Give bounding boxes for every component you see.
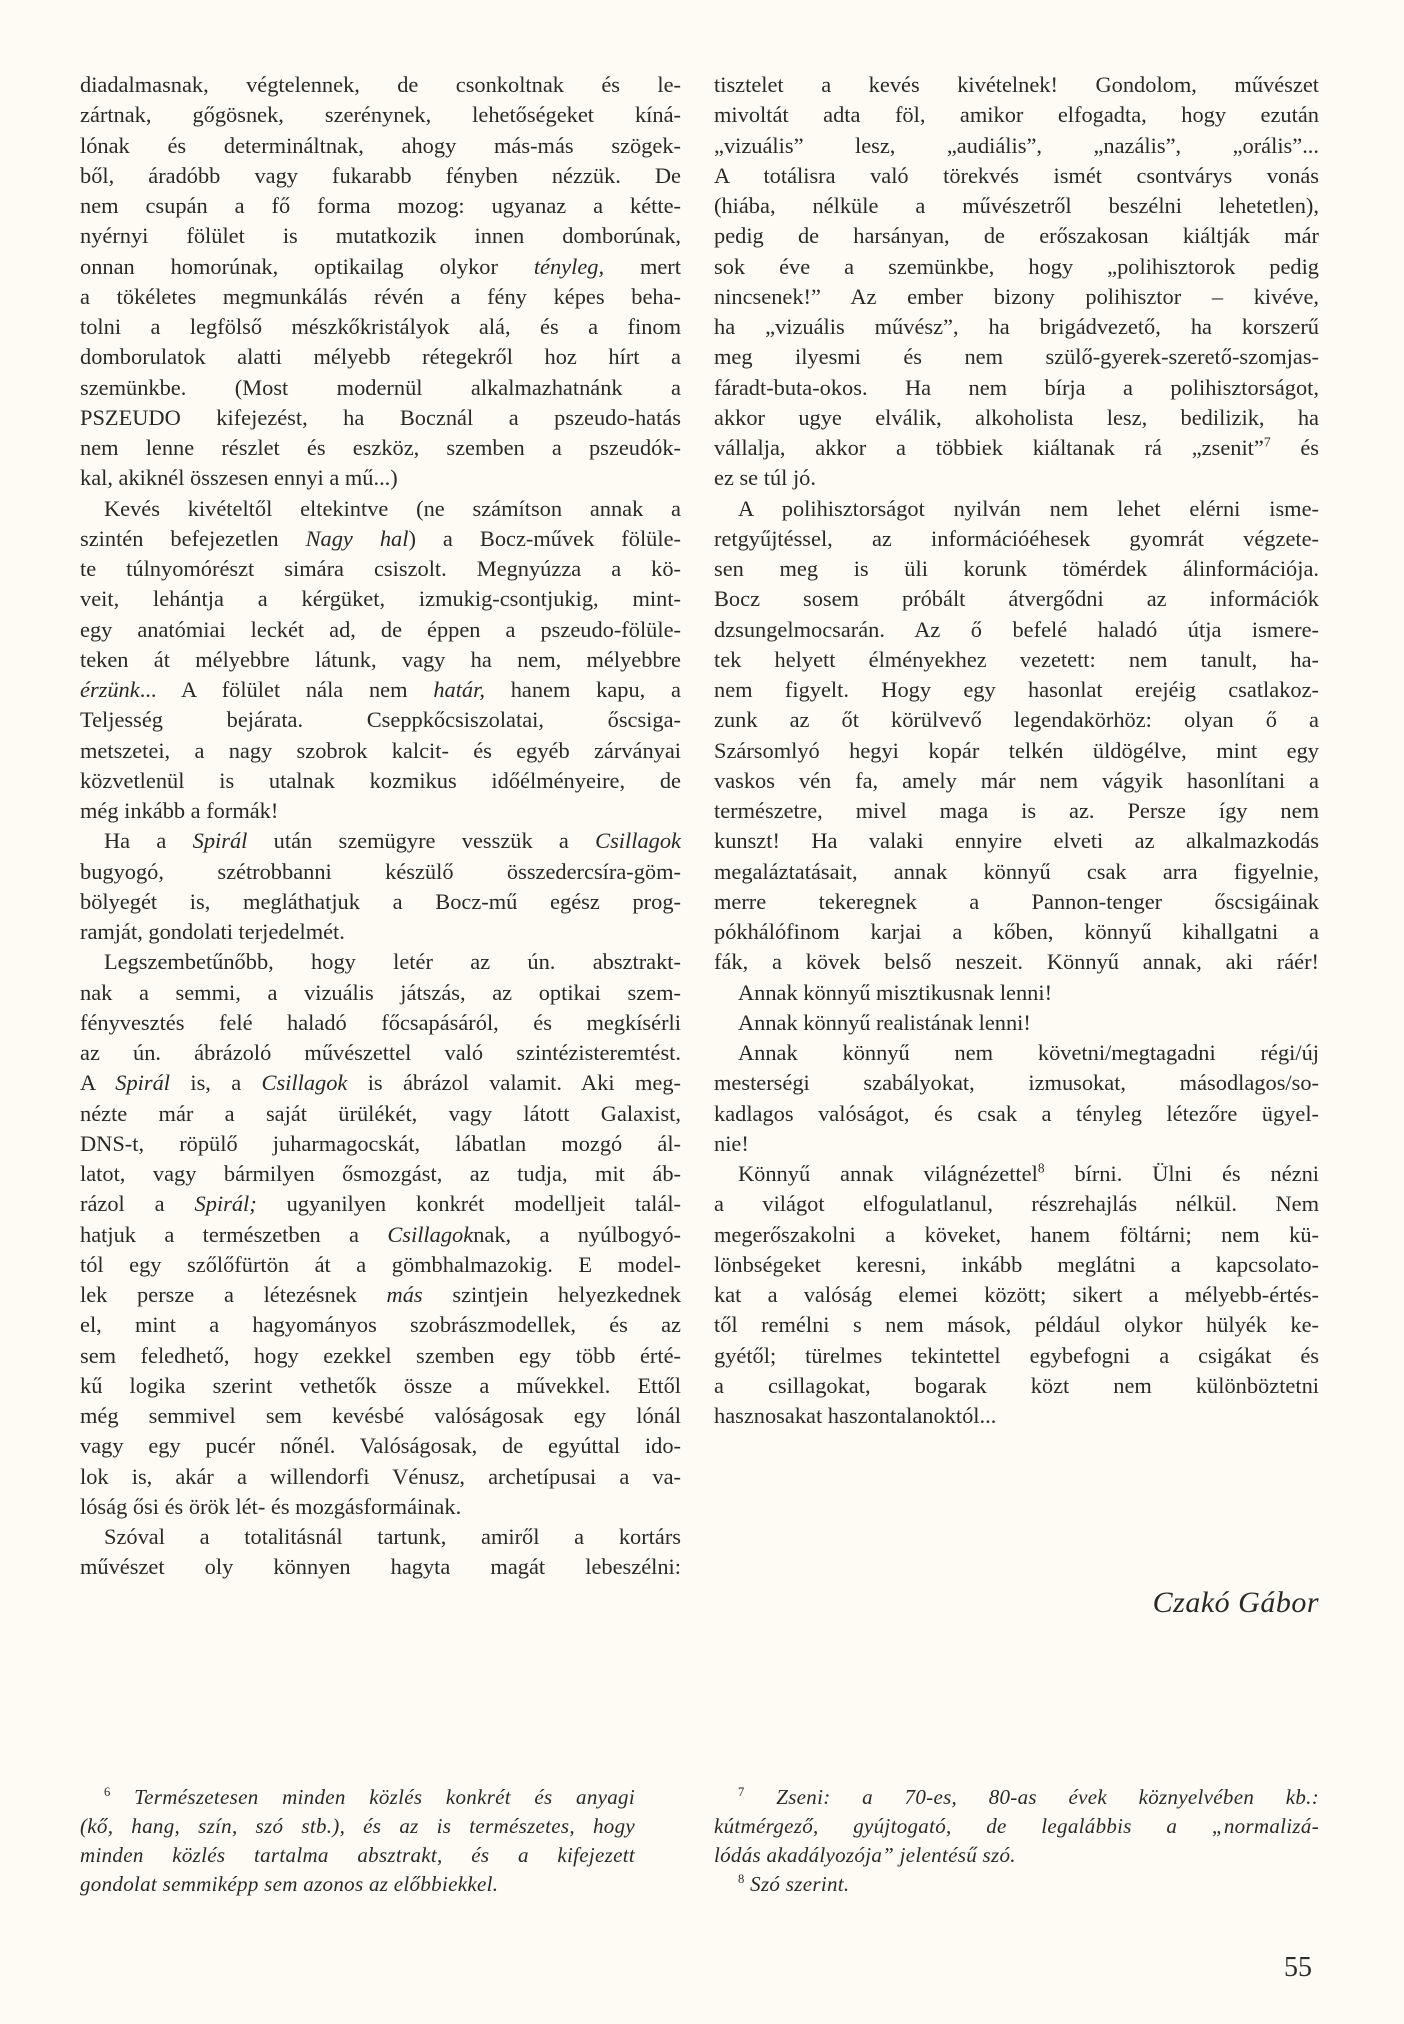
text-run: Szó szerint. bbox=[745, 1872, 850, 1896]
text-line: bugyogó, szétrobbanni készülő összedercs… bbox=[80, 857, 681, 887]
text-line: szintén befejezetlen Nagy hal) a Bocz-mű… bbox=[80, 524, 681, 554]
footnote-ref: 8 bbox=[1038, 1160, 1045, 1175]
text-line: teken át mélyebbre látunk, vagy ha nem, … bbox=[80, 645, 681, 675]
text-line: még inkább a formák! bbox=[80, 796, 681, 826]
text-line: megerőszakolni a köveket, hanem föltárni… bbox=[714, 1220, 1319, 1250]
text-line: Szóval a totalitásnál tartunk, amiről a … bbox=[80, 1522, 681, 1552]
footnote-ref: 7 bbox=[1264, 434, 1271, 449]
italic-title: Spirál bbox=[115, 1070, 170, 1095]
text-run: is ábrázol valamit. Aki meg- bbox=[347, 1070, 681, 1095]
text-run: vállalja, akkor a többiek kiáltanak rá „… bbox=[714, 435, 1264, 460]
text-line: A Spirál is, a Csillagok is ábrázol vala… bbox=[80, 1068, 681, 1098]
text-run: A bbox=[80, 1070, 115, 1095]
text-run: Zseni: a 70-es, 80-as évek köznyelvében … bbox=[745, 1785, 1319, 1809]
text-run: ... A fölület nála nem bbox=[140, 677, 434, 702]
text-line: mivoltát adta föl, amikor elfogadta, hog… bbox=[714, 100, 1319, 130]
text-run: lek persze a létezésnek bbox=[80, 1282, 387, 1307]
text-line: vaskos vén fa, amely már nem vágyik haso… bbox=[714, 766, 1319, 796]
text-line: el, mint a hagyományos szobrászmodellek,… bbox=[80, 1310, 681, 1340]
text-line: bölyegét is, megláthatjuk a Bocz-mű egés… bbox=[80, 887, 681, 917]
text-line: szemünkbe. (Most modernül alkalmazhatnán… bbox=[80, 373, 681, 403]
text-line: fáradt-buta-okos. Ha nem bírja a polihis… bbox=[714, 373, 1319, 403]
text-line: vagy egy pucér nőnél. Valóságosak, de eg… bbox=[80, 1431, 681, 1461]
footnote-line: minden közlés tartalma absztrakt, és a k… bbox=[80, 1841, 635, 1870]
journal-page: diadalmasnak, végtelennek, de csonkoltna… bbox=[0, 0, 1404, 2024]
text-line: gyétől; türelmes tekintettel egybefogni … bbox=[714, 1341, 1319, 1371]
text-line: Bocz sosem próbált átvergődni az informá… bbox=[714, 584, 1319, 614]
italic-title: tényleg, bbox=[534, 254, 604, 279]
text-line: a tökéletes megmunkálás révén a fény kép… bbox=[80, 282, 681, 312]
text-run: bírni. Ülni és nézni bbox=[1045, 1161, 1319, 1186]
text-line: tolni a legfölső mészkőkristályok alá, é… bbox=[80, 312, 681, 342]
italic-title: más bbox=[387, 1282, 423, 1307]
text-line: hasznosakat haszontalanoktól... bbox=[714, 1401, 1319, 1431]
footnote-ref: 8 bbox=[738, 1872, 745, 1886]
footnote-line: 8 Szó szerint. bbox=[714, 1870, 1319, 1899]
text-line: ramját, gondolati terjedelmét. bbox=[80, 917, 681, 947]
text-line: zártnak, gőgösnek, szerénynek, lehetőség… bbox=[80, 100, 681, 130]
text-line: fák, a kövek belső neszeit. Könnyű annak… bbox=[714, 947, 1319, 977]
text-line: kadlagos valóságot, és csak a tényleg lé… bbox=[714, 1099, 1319, 1129]
text-line: kunszt! Ha valaki ennyire elveti az alka… bbox=[714, 826, 1319, 856]
text-run: után szemügyre vesszük a bbox=[247, 828, 595, 853]
text-line: diadalmasnak, végtelennek, de csonkoltna… bbox=[80, 70, 681, 100]
italic-title: Csillagok bbox=[387, 1222, 473, 1247]
text-line: PSZEUDO kifejezést, ha Bocznál a pszeudo… bbox=[80, 403, 681, 433]
text-line: nie! bbox=[714, 1129, 1319, 1159]
text-line: lok is, akár a willendorfi Vénusz, arche… bbox=[80, 1462, 681, 1492]
text-line: pókhálófinom karjai a kőben, könnyű kiha… bbox=[714, 917, 1319, 947]
text-line: nem lenne részlet és eszköz, szemben a p… bbox=[80, 433, 681, 463]
text-line: kal, akiknél összesen ennyi a mű...) bbox=[80, 463, 681, 493]
text-line: DNS-t, röpülő juharmagocskát, lábatlan m… bbox=[80, 1129, 681, 1159]
text-line: kat a valóság elemei között; sikert a mé… bbox=[714, 1280, 1319, 1310]
page-number: 55 bbox=[1284, 1952, 1312, 1984]
text-line: természetre, mivel maga is az. Persze íg… bbox=[714, 796, 1319, 826]
author-signature: Czakó Gábor bbox=[714, 1586, 1319, 1620]
text-line: nézte már a saját ürülékét, vagy látott … bbox=[80, 1099, 681, 1129]
text-line: ha „vizuális művész”, ha brigádvezető, h… bbox=[714, 312, 1319, 342]
italic-title: Csillagok bbox=[262, 1070, 348, 1095]
text-run: Ha a bbox=[104, 828, 193, 853]
text-line: lek persze a létezésnek más szintjein he… bbox=[80, 1280, 681, 1310]
text-line: még semmivel sem kevésbé valóságosak egy… bbox=[80, 1401, 681, 1431]
text-run: mert bbox=[604, 254, 681, 279]
text-line: Ha a Spirál után szemügyre vesszük a Csi… bbox=[80, 826, 681, 856]
text-run: hanem kapu, a bbox=[485, 677, 681, 702]
text-line: nem csupán a fő forma mozog: ugyanaz a k… bbox=[80, 191, 681, 221]
text-run: hatjuk a természetben a bbox=[80, 1222, 387, 1247]
text-line: nak a semmi, a vizuális játszás, az opti… bbox=[80, 978, 681, 1008]
footnote-line: kútmérgező, gyújtogató, de legalábbis a … bbox=[714, 1812, 1319, 1841]
text-line: Legszembetűnőbb, hogy letér az ún. abszt… bbox=[80, 947, 681, 977]
text-line: meg ilyesmi és nem szülő-gyerek-szerető-… bbox=[714, 342, 1319, 372]
footnote-line: lódás akadályozója” jelentésű szó. bbox=[714, 1841, 1319, 1870]
text-line: nincsenek!” Az ember bizony polihisztor … bbox=[714, 282, 1319, 312]
text-line: megaláztatásait, annak könnyű csak arra … bbox=[714, 857, 1319, 887]
text-run: Könnyű annak világnézettel bbox=[738, 1161, 1038, 1186]
text-line: hatjuk a természetben a Csillagoknak, a … bbox=[80, 1220, 681, 1250]
italic-title: Nagy hal bbox=[306, 526, 409, 551]
text-line: ből, áradóbb vagy fukarabb fényben nézzü… bbox=[80, 161, 681, 191]
text-run: is, a bbox=[170, 1070, 262, 1095]
italic-title: Csillagok bbox=[595, 828, 681, 853]
text-line: érzünk... A fölület nála nem határ, hane… bbox=[80, 675, 681, 705]
text-line: Kevés kivételtől eltekintve (ne számítso… bbox=[80, 494, 681, 524]
text-line: tisztelet a kevés kivételnek! Gondolom, … bbox=[714, 70, 1319, 100]
text-run: szintjein helyezkednek bbox=[423, 1282, 681, 1307]
text-line: Annak könnyű realistának lenni! bbox=[714, 1008, 1319, 1038]
text-line: nyérnyi fölület is mutatkozik innen domb… bbox=[80, 221, 681, 251]
text-line: az ún. ábrázoló művészettel való szintéz… bbox=[80, 1038, 681, 1068]
text-line: Annak könnyű misztikusnak lenni! bbox=[714, 978, 1319, 1008]
text-line: Könnyű annak világnézettel8 bírni. Ülni … bbox=[714, 1159, 1319, 1189]
text-line: domborulatok alatti mélyebb rétegekről h… bbox=[80, 342, 681, 372]
text-line: a csillagokat, bogarak közt nem különböz… bbox=[714, 1371, 1319, 1401]
text-run: nak, a nyúlbogyó- bbox=[473, 1222, 681, 1247]
text-run: ) a Bocz-művek fölüle- bbox=[408, 526, 681, 551]
italic-title: érzünk bbox=[80, 677, 140, 702]
text-line: sok éve a szemünkbe, hogy „polihisztorok… bbox=[714, 252, 1319, 282]
footnotes-left: 6 Természetesen minden közlés konkrét és… bbox=[80, 1783, 635, 1899]
footnote-line: 7 Zseni: a 70-es, 80-as évek köznyelvébe… bbox=[714, 1783, 1319, 1812]
text-line: pedig de harsányan, de erőszakosan kiált… bbox=[714, 221, 1319, 251]
text-line: „vizuális” lesz, „audiális”, „nazális”, … bbox=[714, 131, 1319, 161]
text-run: és bbox=[1271, 435, 1319, 460]
text-run: szintén befejezetlen bbox=[80, 526, 306, 551]
text-line: te túlnyomórészt simára csiszolt. Megnyú… bbox=[80, 554, 681, 584]
text-line: (hiába, nélküle a művészetről beszélni l… bbox=[714, 191, 1319, 221]
text-run: ugyanilyen konkrét modelljeit talál- bbox=[257, 1191, 681, 1216]
text-line: latot, vagy bármilyen ősmozgást, az tudj… bbox=[80, 1159, 681, 1189]
footnote-line: (kő, hang, szín, szó stb.), és az is ter… bbox=[80, 1812, 635, 1841]
text-line: a világot elfogulatlanul, részrehajlás n… bbox=[714, 1189, 1319, 1219]
text-line: retgyűjtéssel, az információéhesek gyomr… bbox=[714, 524, 1319, 554]
text-line: veit, lehántja a kérgüket, izmukig-csont… bbox=[80, 584, 681, 614]
text-line: A totálisra való törekvés ismét csontvár… bbox=[714, 161, 1319, 191]
text-line: tól egy szőlőfürtön át a gömbhalmazokig.… bbox=[80, 1250, 681, 1280]
text-line: Szársomlyó hegyi kopár telkén üldögélve,… bbox=[714, 736, 1319, 766]
text-line: zunk az őt körülvevő legendakörhöz: olya… bbox=[714, 705, 1319, 735]
text-line: metszetei, a nagy szobrok kalcit- és egy… bbox=[80, 736, 681, 766]
text-run: Természetesen minden közlés konkrét és a… bbox=[111, 1785, 635, 1809]
text-line: nem figyelt. Hogy egy hasonlat erejéig c… bbox=[714, 675, 1319, 705]
footnotes-right: 7 Zseni: a 70-es, 80-as évek köznyelvébe… bbox=[714, 1783, 1319, 1899]
text-line: lönbségeket keresni, inkább meglátni a k… bbox=[714, 1250, 1319, 1280]
text-line: egy anatómiai leckét ad, de éppen a psze… bbox=[80, 615, 681, 645]
italic-title: Spirál; bbox=[195, 1191, 257, 1216]
text-line: ez se túl jó. bbox=[714, 463, 1319, 493]
text-line: dzsungelmocsarán. Az ő befelé haladó útj… bbox=[714, 615, 1319, 645]
text-line: közvetlenül is utalnak kozmikus időélmén… bbox=[80, 766, 681, 796]
text-line: A polihisztorságot nyilván nem lehet elé… bbox=[714, 494, 1319, 524]
text-line: fényvesztés felé haladó főcsapásáról, és… bbox=[80, 1008, 681, 1038]
italic-title: határ, bbox=[433, 677, 485, 702]
text-line: től remélni s nem mások, például olykor … bbox=[714, 1310, 1319, 1340]
text-line: tek helyett élményekhez vezetett: nem ta… bbox=[714, 645, 1319, 675]
text-line: kű logika szerint vethetők össze a művek… bbox=[80, 1371, 681, 1401]
text-line: lónak és determináltnak, ahogy más-más s… bbox=[80, 131, 681, 161]
text-line: merre tekeregnek a Pannon-tenger őscsigá… bbox=[714, 887, 1319, 917]
text-line: lóság ősi és örök lét- és mozgásformáina… bbox=[80, 1492, 681, 1522]
text-line: rázol a Spirál; ugyanilyen konkrét model… bbox=[80, 1189, 681, 1219]
footnote-line: gondolat semmiképp sem azonos az előbbie… bbox=[80, 1870, 635, 1899]
left-text-column: diadalmasnak, végtelennek, de csonkoltna… bbox=[80, 70, 681, 1583]
text-line: onnan homorúnak, optikailag olykor tényl… bbox=[80, 252, 681, 282]
text-line: művészet oly könnyen hagyta magát lebesz… bbox=[80, 1552, 681, 1582]
footnote-line: 6 Természetesen minden közlés konkrét és… bbox=[80, 1783, 635, 1812]
italic-title: Spirál bbox=[193, 828, 248, 853]
text-line: vállalja, akkor a többiek kiáltanak rá „… bbox=[714, 433, 1319, 463]
footnote-ref: 6 bbox=[104, 1785, 111, 1799]
text-line: Annak könnyű nem követni/megtagadni régi… bbox=[714, 1038, 1319, 1068]
right-text-column: tisztelet a kevés kivételnek! Gondolom, … bbox=[714, 70, 1319, 1431]
text-run: onnan homorúnak, optikailag olykor bbox=[80, 254, 534, 279]
text-line: sen meg is üli korunk tömérdek álinformá… bbox=[714, 554, 1319, 584]
text-line: akkor ugye elválik, alkoholista lesz, be… bbox=[714, 403, 1319, 433]
text-line: sem feledhető, hogy ezekkel szemben egy … bbox=[80, 1341, 681, 1371]
text-line: mesterségi szabályokat, izmusokat, másod… bbox=[714, 1068, 1319, 1098]
text-line: Teljesség bejárata. Cseppkőcsiszolatai, … bbox=[80, 705, 681, 735]
text-run: rázol a bbox=[80, 1191, 195, 1216]
footnote-ref: 7 bbox=[738, 1785, 745, 1799]
